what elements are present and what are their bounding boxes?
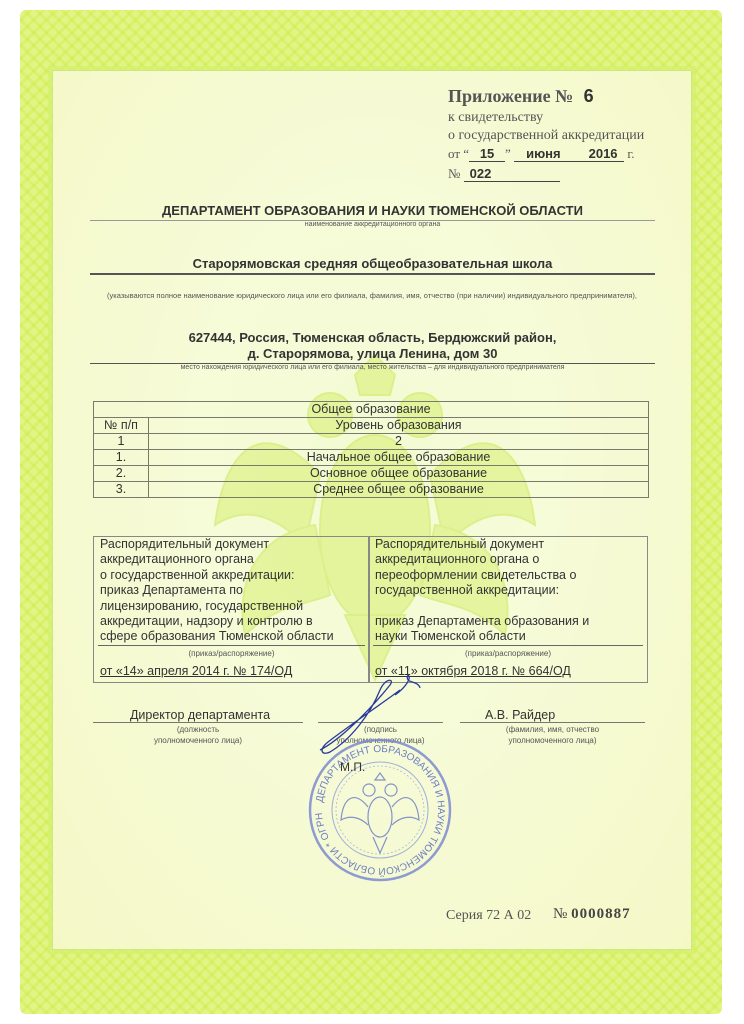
appendix-reg-number: № 022: [448, 166, 560, 182]
header-number: № п/п: [94, 418, 149, 434]
name-caption: (фамилия, имя, отчество уполномоченного …: [460, 724, 645, 746]
authority-name: ДЕПАРТАМЕНТ ОБРАЗОВАНИЯ И НАУКИ ТЮМЕНСКО…: [90, 203, 655, 218]
doc-right-line: государственной аккредитации:: [375, 583, 641, 598]
appendix-line-1: к свидетельству: [448, 110, 543, 126]
doc-right-caption: (приказ/распоряжение): [369, 646, 647, 661]
table-title: Общее образование: [94, 402, 649, 418]
accreditation-document-box: Распорядительный документ аккредитационн…: [93, 536, 370, 683]
date-year-suffix: г.: [627, 146, 634, 161]
appendix-title-label: Приложение №: [448, 86, 573, 106]
organization-name: Старорямовская средняя общеобразовательн…: [90, 256, 655, 271]
reg-prefix: №: [448, 166, 460, 181]
name-caption-2: уполномоченного лица): [460, 735, 645, 746]
address-line-1: 627444, Россия, Тюменская область, Бердю…: [90, 330, 655, 346]
number-prefix: №: [553, 906, 567, 922]
name-caption-1: (фамилия, имя, отчество: [460, 724, 645, 735]
table-col-number-row: 1 2: [94, 434, 649, 450]
doc-left-line: лицензированию, государственной: [100, 599, 363, 614]
doc-right-line: приказ Департамента образования и: [375, 614, 641, 629]
table-row: 2. Основное общее образование: [94, 466, 649, 482]
series-label: Серия 72 А 02: [446, 908, 531, 924]
date-month-year: июня2016: [514, 146, 624, 162]
certificate-number: № 0000887: [553, 906, 631, 923]
row-number: 2.: [94, 466, 149, 482]
date-year: 2016: [589, 146, 618, 161]
address-caption: место нахождения юридического лица или е…: [90, 364, 655, 371]
row-number: 3.: [94, 482, 149, 498]
table-row: 3. Среднее общее образование: [94, 482, 649, 498]
doc-right-line: [375, 599, 641, 614]
doc-right-line: науки Тюменской области: [375, 629, 641, 644]
doc-left-line: Распорядительный документ: [100, 537, 363, 552]
doc-left-line: сфере образования Тюменской области: [100, 629, 363, 644]
appendix-number: 6: [584, 86, 594, 106]
number-value: 0000887: [571, 906, 631, 922]
header-level: Уровень образования: [149, 418, 649, 434]
doc-left-line: аккредитации, надзору и контролю в: [100, 614, 363, 629]
doc-left-line: аккредитационного органа: [100, 552, 363, 567]
row-level: Основное общее образование: [149, 466, 649, 482]
doc-right-line: Распорядительный документ: [375, 537, 641, 552]
organization-caption: (указываются полное наименование юридиче…: [92, 291, 652, 301]
address-block: 627444, Россия, Тюменская область, Бердю…: [90, 330, 655, 362]
col-number-2: 2: [149, 434, 649, 450]
date-prefix: от: [448, 146, 460, 161]
row-level: Начальное общее образование: [149, 450, 649, 466]
signer-name: А.В. Райдер: [485, 708, 555, 722]
position-caption-1: (должность: [93, 724, 303, 735]
address-line-2: д. Старорямова, улица Ленина, дом 30: [90, 346, 655, 362]
organization-underline: [90, 273, 655, 275]
reissue-document-box: Распорядительный документ аккредитационн…: [368, 536, 648, 683]
seal-placeholder-label: М.П.: [340, 760, 365, 774]
table-title-row: Общее образование: [94, 402, 649, 418]
appendix-line-2: о государственной аккредитации: [448, 128, 644, 144]
reg-number-value: 022: [464, 166, 560, 182]
doc-left-line: приказ Департамента по: [100, 583, 363, 598]
name-line: [460, 722, 645, 723]
position-caption-2: уполномоченного лица): [93, 735, 303, 746]
table-header-row: № п/п Уровень образования: [94, 418, 649, 434]
position-line: [93, 722, 303, 723]
date-month: июня: [526, 146, 561, 161]
appendix-date: от “15” июня2016 г.: [448, 146, 634, 162]
signer-name-wrap: А.В. Райдер: [460, 708, 645, 722]
position-caption: (должность уполномоченного лица): [93, 724, 303, 746]
appendix-title: Приложение № 6: [448, 86, 594, 107]
date-day: 15: [469, 146, 505, 162]
education-levels-table: Общее образование № п/п Уровень образова…: [93, 401, 649, 498]
authority-caption: наименование аккредитационного органа: [90, 221, 655, 228]
row-level: Среднее общее образование: [149, 482, 649, 498]
doc-left-line: о государственной аккредитации:: [100, 568, 363, 583]
col-number-1: 1: [94, 434, 149, 450]
signer-position: Директор департамента: [95, 708, 305, 722]
doc-right-line: переоформлении свидетельства о: [375, 568, 641, 583]
handwritten-signature-icon: [300, 670, 460, 760]
doc-right-line: аккредитационного органа о: [375, 552, 641, 567]
table-row: 1. Начальное общее образование: [94, 450, 649, 466]
row-number: 1.: [94, 450, 149, 466]
doc-left-caption: (приказ/распоряжение): [94, 646, 369, 661]
